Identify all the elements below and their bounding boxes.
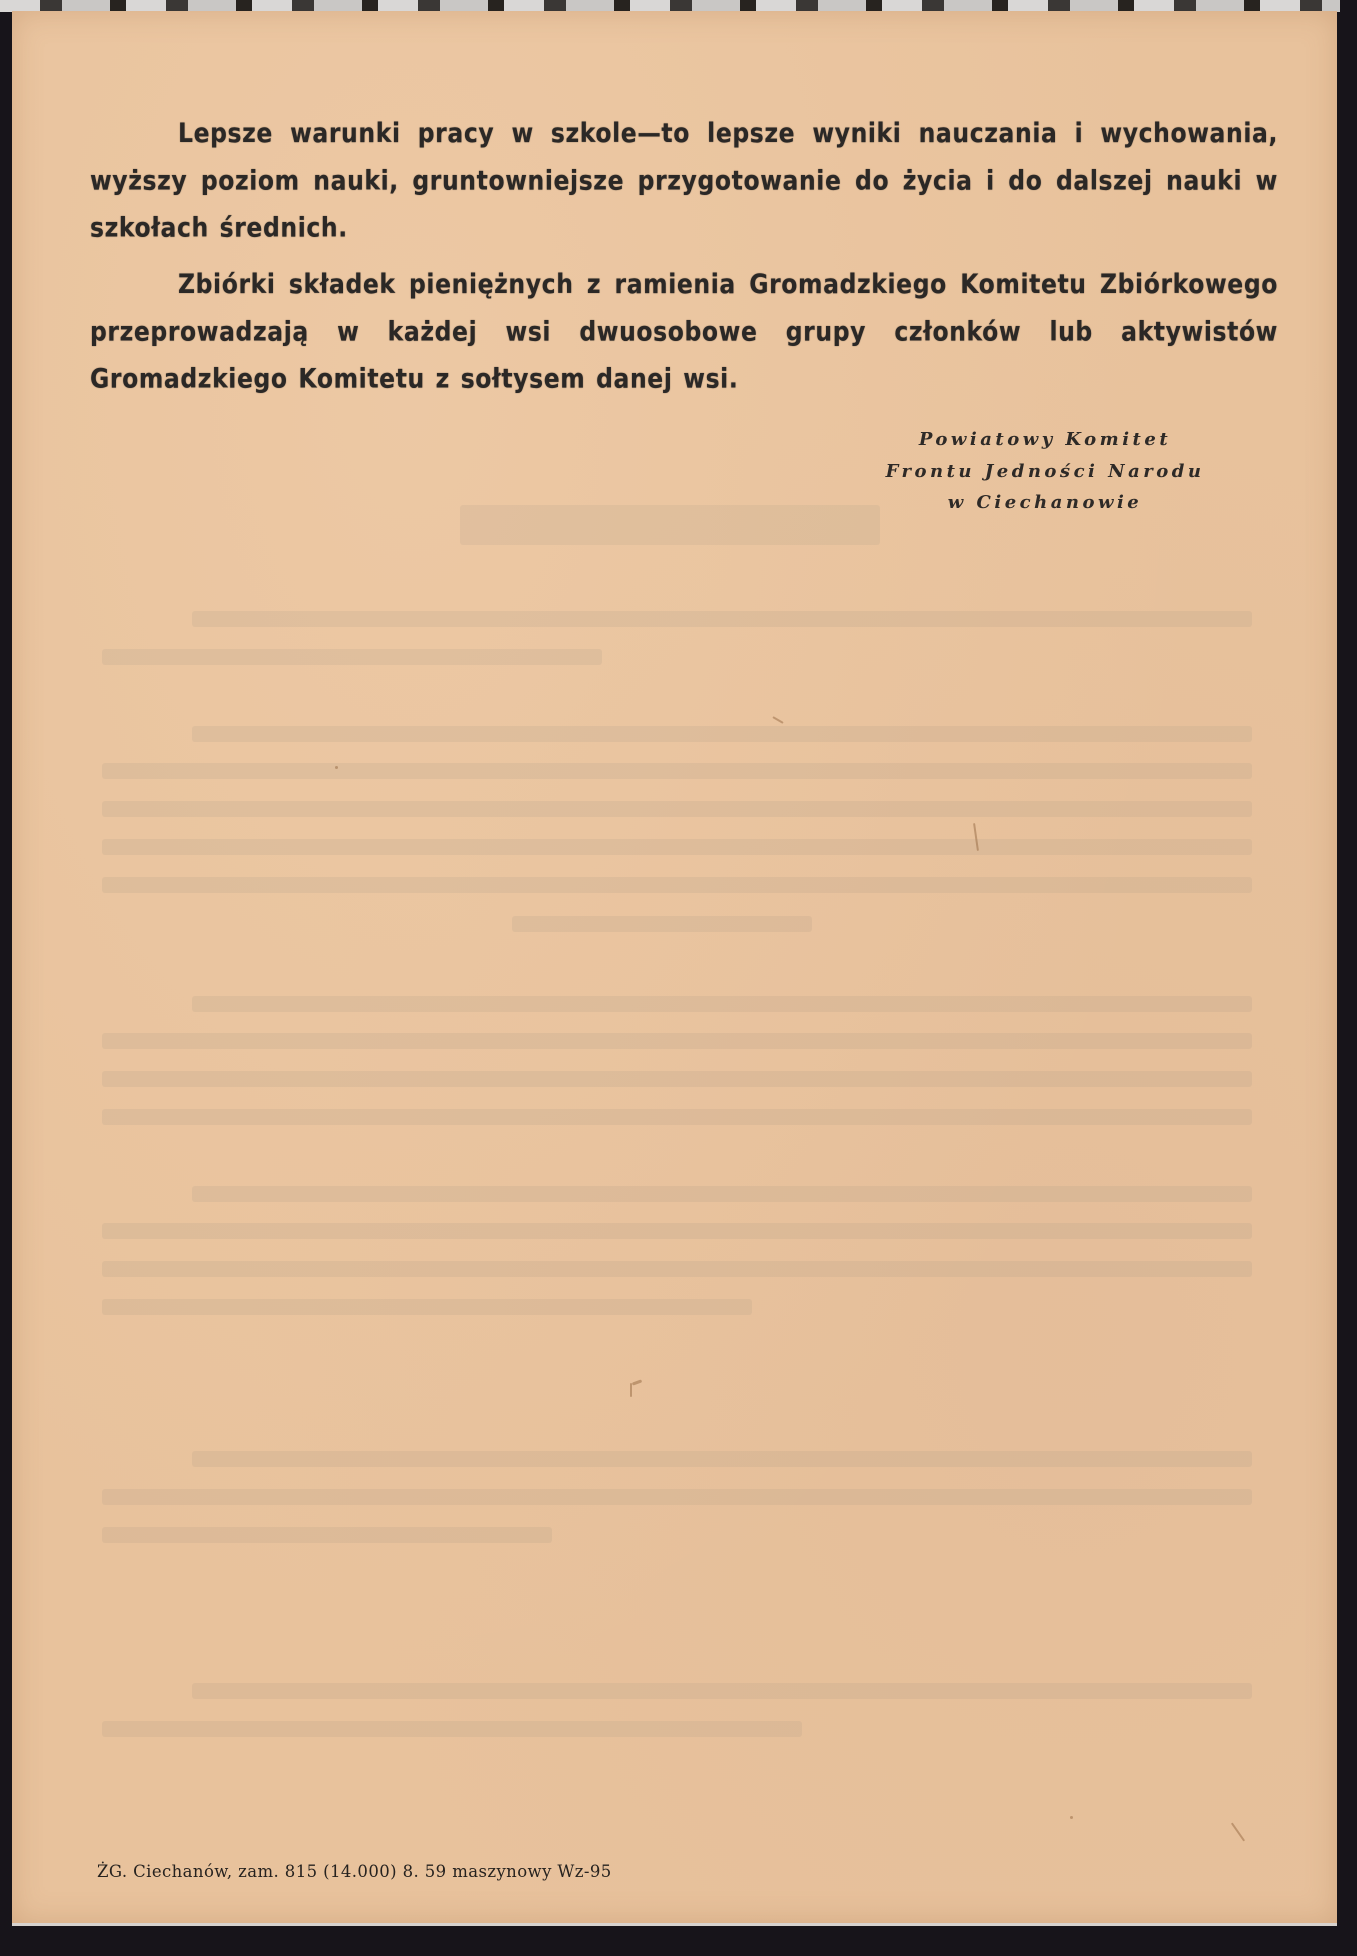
paragraph-collection-info: Zbiórki składek pieniężnych z ramienia G… [90, 261, 1278, 402]
bleed-through-line [192, 1451, 1252, 1467]
paper-fiber [1070, 1816, 1073, 1819]
paragraph-school-conditions: Lepsze warunki pracy w szkole—to lepsze … [90, 110, 1278, 251]
bleed-through-line [102, 1223, 1252, 1239]
bleed-through-heading [460, 505, 880, 545]
paper-fiber [1231, 1822, 1245, 1841]
bleed-through-line [102, 1299, 752, 1315]
bleed-through-line [102, 1033, 1252, 1049]
bleed-through-line [192, 1683, 1252, 1699]
bleed-through-line [102, 877, 1252, 893]
printer-imprint: ŻG. Ciechanów, zam. 815 (14.000) 8. 59 m… [97, 1862, 612, 1881]
bleed-through-line [102, 1261, 1252, 1277]
paragraph-text: Zbiórki składek pieniężnych z ramienia G… [90, 261, 1278, 402]
bleed-through-line [192, 611, 1252, 627]
signature-line-location: w Ciechanowie [860, 487, 1230, 519]
signature-line-front: Frontu Jedności Narodu [860, 456, 1230, 488]
bleed-through-line [102, 1071, 1252, 1087]
paragraph-text: Lepsze warunki pracy w szkole—to lepsze … [90, 110, 1278, 251]
bleed-through-line [102, 1527, 552, 1543]
paper-fiber [630, 1383, 632, 1397]
bleed-through-line [102, 1489, 1252, 1505]
bleed-through-line [102, 839, 1252, 855]
bleed-through-line [192, 1186, 1252, 1202]
bleed-through-line [102, 1109, 1252, 1125]
signature-line-committee: Powiatowy Komitet [860, 424, 1230, 456]
signature-block: Powiatowy Komitet Frontu Jedności Narodu… [860, 424, 1230, 519]
bleed-through-line [102, 1721, 802, 1737]
paper-fiber [772, 716, 783, 724]
bleed-through-line [102, 763, 1252, 779]
bleed-through-line [102, 649, 602, 665]
document-page: Lepsze warunki pracy w szkole—to lepsze … [12, 11, 1337, 1926]
bleed-through-line [192, 726, 1252, 742]
bleed-through-line [512, 916, 812, 932]
bleed-through-line [192, 996, 1252, 1012]
paper-fiber [632, 1379, 642, 1385]
bleed-through-line [102, 801, 1252, 817]
paper-fiber [335, 766, 338, 769]
